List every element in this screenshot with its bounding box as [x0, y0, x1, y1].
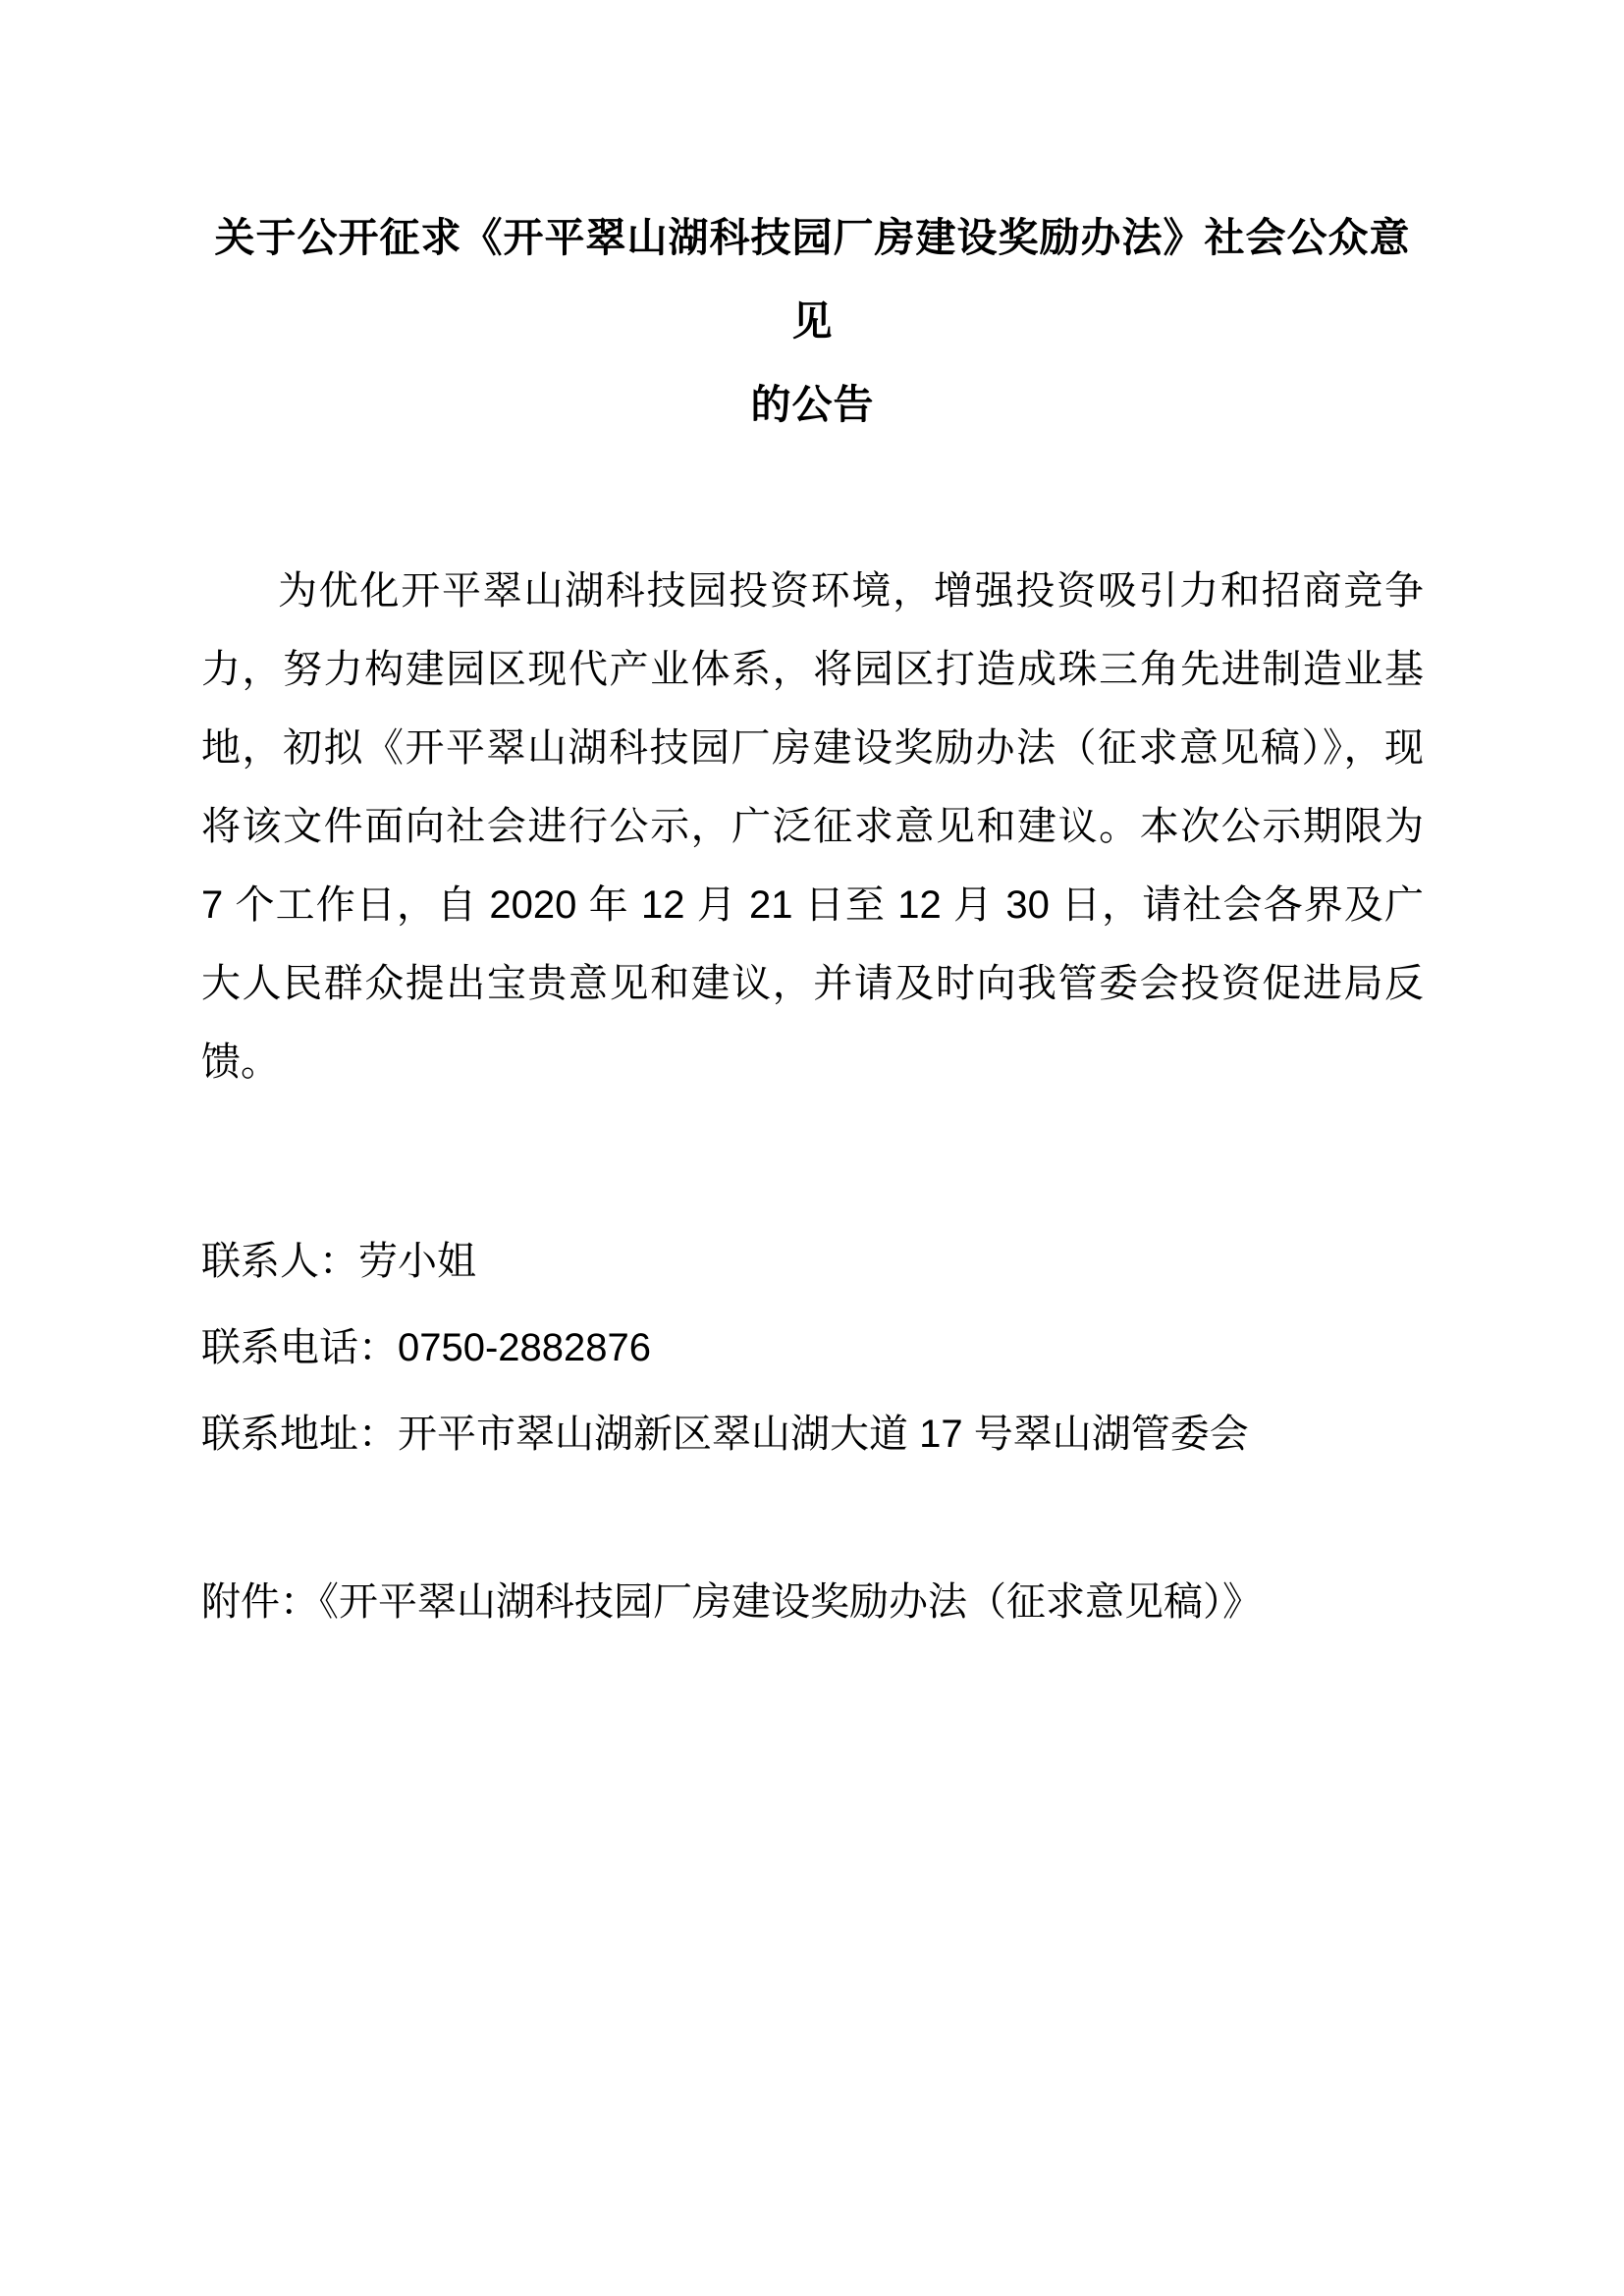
contact-info: 联系人：劳小姐 联系电话：0750-2882876 联系地址：开平市翠山湖新区翠… [201, 1218, 1424, 1477]
body-line: 大人民群众提出宝贵意见和建议，并请及时向我管委会投资促进局反 [201, 944, 1424, 1023]
body-line: 7 个工作日，自 2020 年 12 月 21 日至 12 月 30 日，请社会… [201, 866, 1424, 944]
body-line: 为优化开平翠山湖科技园投资环境，增强投资吸引力和招商竞争 [201, 552, 1424, 630]
body-line: 将该文件面向社会进行公示，广泛征求意见和建议。本次公示期限为 [201, 787, 1424, 866]
document-title-line-2: 的公告 [201, 363, 1424, 447]
contact-phone: 联系电话：0750-2882876 [201, 1305, 1424, 1391]
document-title: 关于公开征求《开平翠山湖科技园厂房建设奖励办法》社会公众意见 的公告 [201, 196, 1424, 447]
document-title-line-1: 关于公开征求《开平翠山湖科技园厂房建设奖励办法》社会公众意见 [201, 196, 1424, 363]
attachment-reference: 附件：《开平翠山湖科技园厂房建设奖励办法（征求意见稿）》 [201, 1559, 1424, 1645]
body-line: 力，努力构建园区现代产业体系，将园区打造成珠三角先进制造业基 [201, 630, 1424, 709]
document-page: 关于公开征求《开平翠山湖科技园厂房建设奖励办法》社会公众意见 的公告 为优化开平… [0, 0, 1624, 2296]
body-line: 馈。 [201, 1023, 1424, 1101]
body-line: 地，初拟《开平翠山湖科技园厂房建设奖励办法（征求意见稿）》，现 [201, 709, 1424, 787]
document-body-paragraph: 为优化开平翠山湖科技园投资环境，增强投资吸引力和招商竞争 力，努力构建园区现代产… [201, 552, 1424, 1101]
contact-address: 联系地址：开平市翠山湖新区翠山湖大道 17 号翠山湖管委会 [201, 1391, 1424, 1477]
contact-person: 联系人：劳小姐 [201, 1218, 1424, 1305]
